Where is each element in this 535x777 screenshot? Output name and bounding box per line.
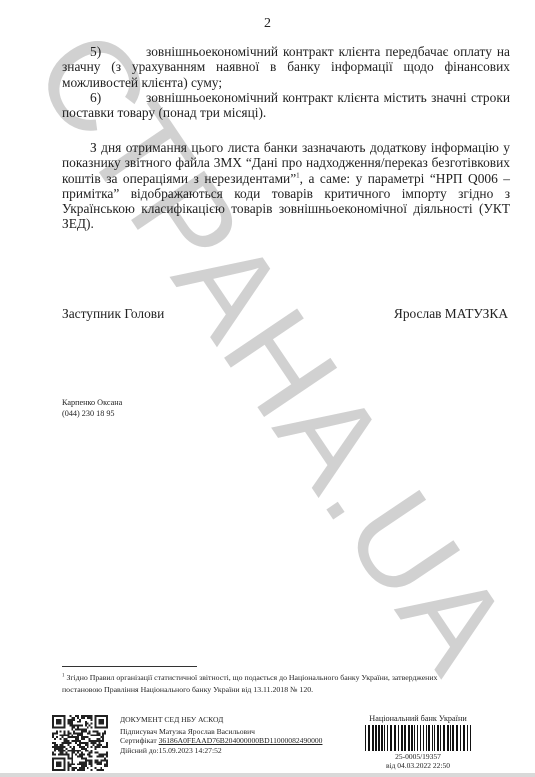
list-item-5: 5)зовнішньоекономічний контракт клієнта … [62,44,510,90]
e-signature-title: ДОКУМЕНТ СЕД НБУ АСКОД [120,715,322,725]
executor-info: Карпенко Оксана (044) 230 18 95 [62,398,122,419]
certificate-value: 36186A0FEAAD76B204000000BD11000082490000 [159,736,323,745]
signer-full-name: Матузка Ярослав Васильович [159,727,255,736]
paragraph-line: Українською класифікацією товарів зовніш… [62,201,510,216]
page-bottom-edge [0,773,535,777]
document-page: СТРАНА.UA 2 5)зовнішньоекономічний контр… [0,0,535,777]
signer-position: Заступник Голови [62,306,164,322]
paragraph-line: показнику звітного файла 3МХ “Дані про н… [62,155,510,170]
registration-number: 25-0005/19357 [358,752,478,761]
footnote-text: Згідно Правил організації статистичної з… [66,673,437,682]
certificate-line: Сертифікат 36186A0FEAAD76B204000000BD110… [120,736,322,746]
footnote-marker: 1 [62,673,65,678]
item-text-line: зовнішньоекономічний контракт клієнта мі… [146,90,510,105]
item-text-line: поставки товару (понад три місяці). [62,105,510,120]
item-number: 5) [90,44,146,59]
paragraph-line: примітка” відображаються коди товарів кр… [62,186,510,201]
qr-code-icon[interactable] [52,712,108,774]
footnote: 1 Згідно Правил організації статистичної… [62,672,512,695]
valid-until-value: 15.09.2023 14:27:52 [159,746,222,755]
registration-date: від 04.03.2022 22:50 [358,761,478,770]
e-signature-block: ДОКУМЕНТ СЕД НБУ АСКОД Підписувач Матузк… [120,715,322,755]
executor-name: Карпенко Оксана [62,398,122,409]
signer-name: Ярослав МАТУЗКА [394,306,508,322]
signer-label: Підписувач [120,727,157,736]
paragraph-line: коштів за операціями з нерезидентами”1, … [62,171,510,186]
valid-label: Дійсний до: [120,746,159,755]
item-text-line: значну (з урахуванням наявної в банку ін… [62,59,510,74]
item-text-line: можливостей клієнта) суму; [62,75,510,90]
page-number: 2 [0,16,535,32]
certificate-label: Сертифікат [120,736,157,745]
list-item-6: 6)зовнішньоекономічний контракт клієнта … [62,90,510,121]
bank-name: Національний банк України [358,714,478,724]
registration-stamp: Національний банк України 25-0005/19357 … [358,714,478,771]
item-text-line: зовнішньоекономічний контракт клієнта пе… [146,44,510,59]
paragraph-text: , а саме: у параметрі “НРП Q006 – [300,171,510,186]
main-paragraph: З дня отримання цього листа банки зазнач… [62,140,510,232]
item-number: 6) [90,90,146,105]
signer-line: Підписувач Матузка Ярослав Васильович [120,727,322,737]
footnote-separator [62,666,197,667]
barcode-icon [363,725,473,751]
footnote-text: постановою Правління Національного банку… [62,684,512,696]
valid-until-line: Дійсний до:15.09.2023 14:27:52 [120,746,322,756]
executor-phone: (044) 230 18 95 [62,409,122,420]
paragraph-text: коштів за операціями з нерезидентами” [62,171,296,186]
paragraph-line: З дня отримання цього листа банки зазнач… [90,140,510,155]
paragraph-line: ЗЕД). [62,216,510,231]
